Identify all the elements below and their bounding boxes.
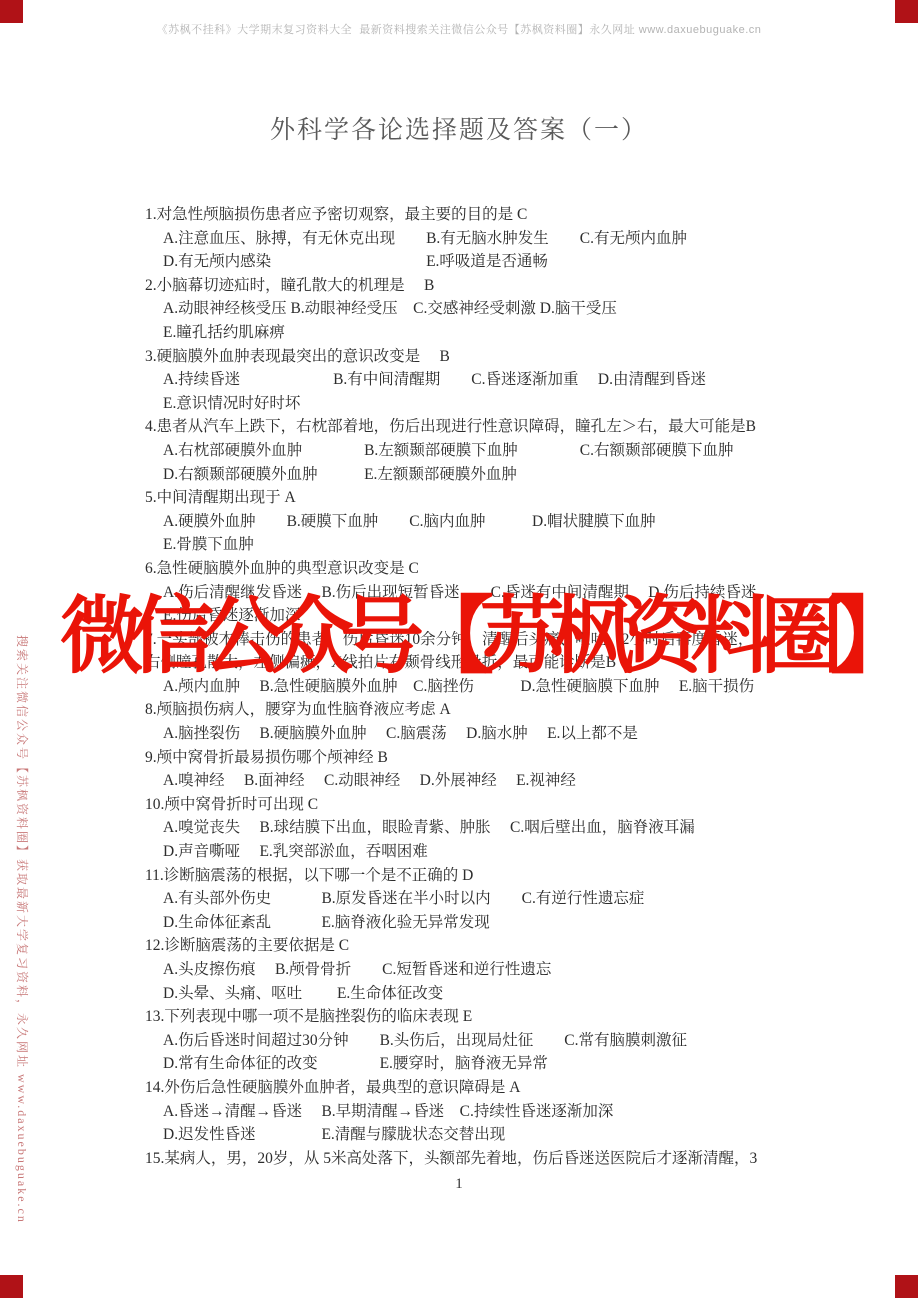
question-line: 4.患者从汽车上跌下，右枕部着地，伤后出现进行性意识障碍，瞳孔左＞右，最大可能是… (145, 415, 885, 439)
option-line: A.右枕部硬膜外血肿 B.左额颞部硬膜下血肿 C.右额颞部硬膜下血肿 (145, 439, 885, 463)
option-line: A.硬膜外血肿 B.硬膜下血肿 C.脑内血肿 D.帽状腱膜下血肿 (145, 510, 885, 534)
header-promo-text: 《苏枫不挂科》大学期末复习资料大全 最新资料搜索关注微信公众号【苏枫资料圈】永久… (0, 21, 918, 37)
question-line: 13.下列表现中哪一项不是脑挫裂伤的临床表现 E (145, 1005, 885, 1029)
option-line: D.声音嘶哑 E.乳突部淤血，吞咽困难 (145, 840, 885, 864)
option-line: A.注意血压、脉搏，有无休克出现 B.有无脑水肿发生 C.有无颅内血肿 (145, 227, 885, 251)
question-line: 5.中间清醒期出现于 A (145, 486, 885, 510)
option-line: A.有头部外伤史 B.原发昏迷在半小时以内 C.有逆行性遗忘症 (145, 887, 885, 911)
corner-marker-bottom-left (0, 1275, 23, 1298)
question-line: 14.外伤后急性硬脑膜外血肿者，最典型的意识障碍是 A (145, 1076, 885, 1100)
question-line: 12.诊断脑震荡的主要依据是 C (145, 934, 885, 958)
option-line: A.嗅觉丧失 B.球结膜下出血，眼睑青紫、肿胀 C.咽后壁出血，脑脊液耳漏 (145, 816, 885, 840)
option-line: D.生命体征紊乱 E.脑脊液化验无异常发现 (145, 911, 885, 935)
question-line: 15.某病人，男，20岁，从 5米高处落下，头额部先着地，伤后昏迷送医院后才逐渐… (145, 1147, 885, 1171)
question-line: 1.对急性颅脑损伤患者应予密切观察，最主要的目的是 C (145, 203, 885, 227)
option-line: A.嗅神经 B.面神经 C.动眼神经 D.外展神经 E.视神经 (145, 769, 885, 793)
question-list: 1.对急性颅脑损伤患者应予密切观察，最主要的目的是 C A.注意血压、脉搏，有无… (145, 203, 885, 1170)
question-line: 3.硬脑膜外血肿表现最突出的意识改变是 B (145, 345, 885, 369)
option-line: E.意识情况时好时坏 (145, 392, 885, 416)
option-line: A.头皮擦伤痕 B.颅骨骨折 C.短暂昏迷和逆行性遗忘 (145, 958, 885, 982)
document-page: { "page": { "header_text": "《苏枫不挂科》大学期末复… (0, 0, 918, 1298)
option-line: D.有无颅内感染 E.呼吸道是否通畅 (145, 250, 885, 274)
option-line: A.动眼神经核受压 B.动眼神经受压 C.交感神经受刺激 D.脑干受压 (145, 297, 885, 321)
question-line: 6.急性硬脑膜外血肿的典型意识改变是 C (145, 557, 885, 581)
side-watermark-text: 搜索关注微信公众号【苏枫资料圈】获取最新大学复习资料，永久网址 www.daxu… (14, 635, 31, 1235)
question-line: 11.诊断脑震荡的根据，以下哪一个是不正确的 D (145, 864, 885, 888)
option-line: E.瞳孔括约肌麻痹 (145, 321, 885, 345)
page-title: 外科学各论选择题及答案（一） (0, 110, 918, 146)
corner-marker-bottom-right (895, 1275, 918, 1298)
question-line: 8.颅脑损伤病人，腰穿为血性脑脊液应考虑 A (145, 698, 885, 722)
option-line: D.常有生命体征的改变 E.腰穿时，脑脊液无异常 (145, 1052, 885, 1076)
watermark-overlay: 微信公众号【苏枫资料圈】 (60, 592, 900, 684)
option-line: A.昏迷→清醒→昏迷 B.早期清醒→昏迷 C.持续性昏迷逐渐加深 (145, 1100, 885, 1124)
option-line: D.右额颞部硬膜外血肿 E.左额颞部硬膜外血肿 (145, 463, 885, 487)
corner-marker-top-right (895, 0, 918, 23)
corner-marker-top-left (0, 0, 23, 23)
question-line: 9.颅中窝骨折最易损伤哪个颅神经 B (145, 746, 885, 770)
option-line: D.迟发性昏迷 E.清醒与朦胧状态交替出现 (145, 1123, 885, 1147)
page-number: 1 (0, 1176, 918, 1193)
option-line: D.头晕、头痛、呕吐 E.生命体征改变 (145, 982, 885, 1006)
question-line: 2.小脑幕切迹疝时，瞳孔散大的机理是 B (145, 274, 885, 298)
question-line: 10.颅中窝骨折时可出现 C (145, 793, 885, 817)
option-line: A.伤后昏迷时间超过30分钟 B.头伤后，出现局灶征 C.常有脑膜刺激征 (145, 1029, 885, 1053)
option-line: E.骨膜下血肿 (145, 533, 885, 557)
option-line: A.脑挫裂伤 B.硬脑膜外血肿 C.脑震荡 D.脑水肿 E.以上都不是 (145, 722, 885, 746)
option-line: A.持续昏迷 B.有中间清醒期 C.昏迷逐渐加重 D.由清醒到昏迷 (145, 368, 885, 392)
